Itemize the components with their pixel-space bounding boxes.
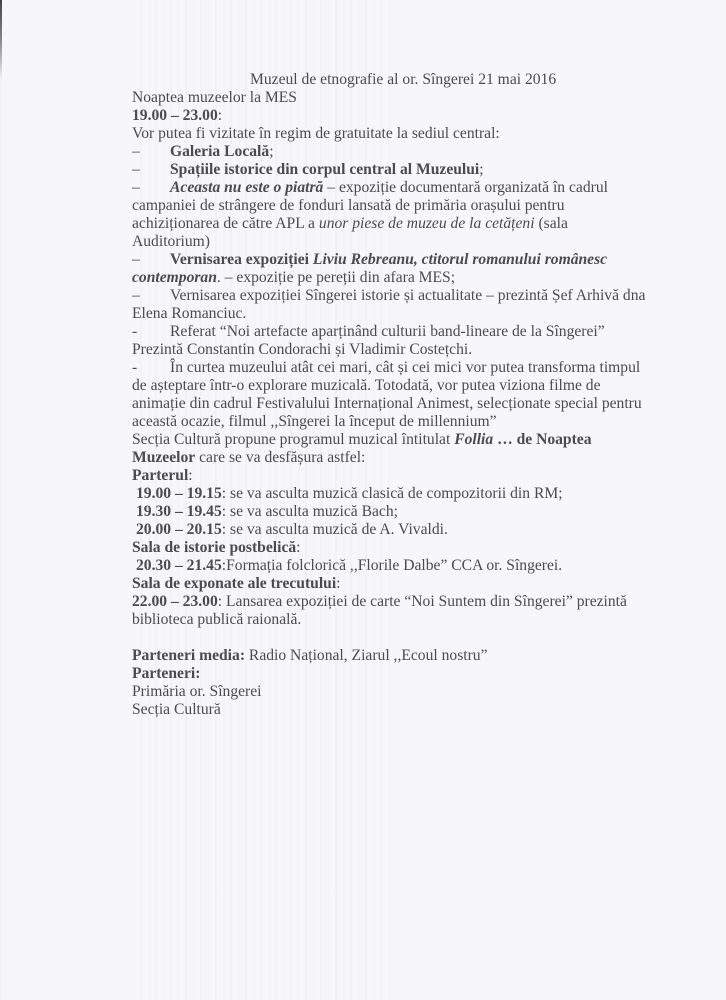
item-label: Spațiile istorice din corpul central al … [170, 161, 479, 178]
exhibit-title: Liviu Rebreanu, ctitorul romanului român… [313, 251, 607, 268]
media-partners-label: Parteneri media: [132, 647, 245, 664]
schedule-text: : Lansarea expoziției de carte “Noi Sunt… [218, 593, 627, 610]
list-item: - Referat “Noi artefacte aparținând cult… [132, 323, 692, 341]
item-text-continued: Auditorium) [132, 233, 692, 251]
bullet-dash: – [132, 251, 170, 269]
schedule-text: : se va asculta muzică clasică de compoz… [222, 485, 563, 502]
section-heading-text: Sala de exponate ale trecutului [132, 575, 336, 592]
schedule-entry: 20.00 – 20.15: se va asculta muzică de A… [132, 521, 692, 539]
list-item: - În curtea muzeului atât cei mari, cât … [132, 359, 692, 377]
schedule-entry: 22.00 – 23.00: Lansarea expoziției de ca… [132, 593, 692, 611]
item-text-continued: de așteptare într-o explorare muzicală. … [132, 377, 692, 395]
item-label: Galeria Locală [170, 143, 269, 160]
item-text: Vernisarea expoziției Sîngerei istorie ș… [170, 287, 645, 304]
bullet-hyphen: - [132, 359, 170, 377]
media-partners: Parteneri media: Radio Național, Ziarul … [132, 647, 692, 665]
section-heading-text: Parterul [132, 467, 188, 484]
item-text-continued: contemporan. – expoziție pe pereții din … [132, 269, 692, 287]
schedule-entry-continued: biblioteca publică raională. [132, 611, 692, 629]
item-text-italic: unor piese de muzeu de la cetățeni [319, 215, 535, 232]
document-title: Muzeul de etnografie al or. Sîngerei 21 … [132, 71, 692, 89]
bullet-dash: – [132, 143, 170, 161]
schedule-entry: 19.30 – 19.45: se va asculta muzică Bach… [132, 503, 692, 521]
schedule-time: 20.00 – 20.15 [136, 521, 222, 538]
schedule-time: 22.00 – 23.00 [132, 593, 218, 610]
list-item: – Vernisarea expoziției Sîngerei istorie… [132, 287, 692, 305]
intro-text: care se va desfășura astfel: [195, 449, 365, 466]
schedule-entry: 19.00 – 19.15: se va asculta muzică clas… [132, 485, 692, 503]
partner-item: Secția Cultură [132, 701, 692, 719]
schedule-time: 19.00 – 19.15 [136, 485, 222, 502]
item-text: achiziționarea de către APL a [132, 215, 319, 232]
item-text: În curtea muzeului atât cei mari, cât și… [170, 359, 640, 376]
schedule-text: :Formația folclorică ,,Florile Dalbe” CC… [222, 557, 562, 574]
bullet-hyphen: - [132, 323, 170, 341]
item-text: . – expoziție pe pereții din afara MES; [217, 269, 455, 286]
schedule-text: : se va asculta muzică de A. Vivaldi. [222, 521, 448, 538]
item-text: – expoziție documentară organizată în ca… [323, 179, 608, 196]
item-text-continued: Prezintă Constantin Condorachi și Vladim… [132, 341, 692, 359]
item-punct: ; [269, 143, 273, 160]
bullet-dash: – [132, 161, 170, 179]
item-punct: ; [479, 161, 483, 178]
list-item: – Vernisarea expoziției Liviu Rebreanu, … [132, 251, 692, 269]
item-text-continued: Elena Romanciuc. [132, 305, 692, 323]
item-text: (sala [535, 215, 568, 232]
item-text-continued: achiziționarea de către APL a unor piese… [132, 215, 692, 233]
schedule-text: : se va asculta muzică Bach; [222, 503, 398, 520]
item-text-continued: această ocazie, filmul ,,Sîngerei la înc… [132, 413, 692, 431]
music-program-intro-continued: Muzeelor care se va desfășura astfel: [132, 449, 692, 467]
schedule-time: 20.30 – 21.45 [136, 557, 222, 574]
item-text: Referat “Noi artefacte aparținând cultur… [170, 323, 605, 340]
partner-item: Primăria or. Sîngerei [132, 683, 692, 701]
item-text-continued: campaniei de strângere de fonduri lansat… [132, 197, 692, 215]
media-partners-value: Radio Național, Ziarul ,,Ecoul nostru” [245, 647, 488, 664]
schedule-time: 19.30 – 19.45 [136, 503, 222, 520]
scan-edge [0, 0, 2, 1000]
partners-label: Parteneri: [132, 665, 692, 683]
schedule-entry: 20.30 – 21.45:Formația folclorică ,,Flor… [132, 557, 692, 575]
section-heading: Sala de exponate ale trecutului: [132, 575, 692, 593]
section-heading: Parterul: [132, 467, 692, 485]
section-heading: Sala de istorie postbelică: [132, 539, 692, 557]
event-name: Noaptea muzeelor la MES [132, 89, 692, 107]
section-heading-text: Sala de istorie postbelică [132, 539, 296, 556]
program-title: … de Noaptea [493, 431, 591, 448]
main-hours: 19.00 – 23.00: [132, 107, 692, 125]
music-program-intro: Secția Cultură propune programul muzical… [132, 431, 692, 449]
item-text-continued: animație din cadrul Festivalului Interna… [132, 395, 692, 413]
list-item: – Galeria Locală; [132, 143, 692, 161]
intro-text: Secția Cultură propune programul muzical… [132, 431, 454, 448]
list-item: – Spațiile istorice din corpul central a… [132, 161, 692, 179]
list-item: – Aceasta nu este o piatră – expoziție d… [132, 179, 692, 197]
spacer [132, 629, 692, 647]
program-title: Follia [454, 431, 493, 448]
program-title: Muzeelor [132, 449, 195, 466]
exhibit-title: Aceasta nu este o piatră [170, 179, 323, 196]
bullet-dash: – [132, 179, 170, 197]
item-label: Vernisarea expoziției [170, 251, 313, 268]
intro-text: Vor putea fi vizitate în regim de gratui… [132, 125, 692, 143]
bullet-dash: – [132, 287, 170, 305]
main-hours-value: 19.00 – 23.00 [132, 107, 218, 124]
document-body: Muzeul de etnografie al or. Sîngerei 21 … [132, 71, 692, 719]
exhibit-title: contemporan [132, 269, 217, 286]
